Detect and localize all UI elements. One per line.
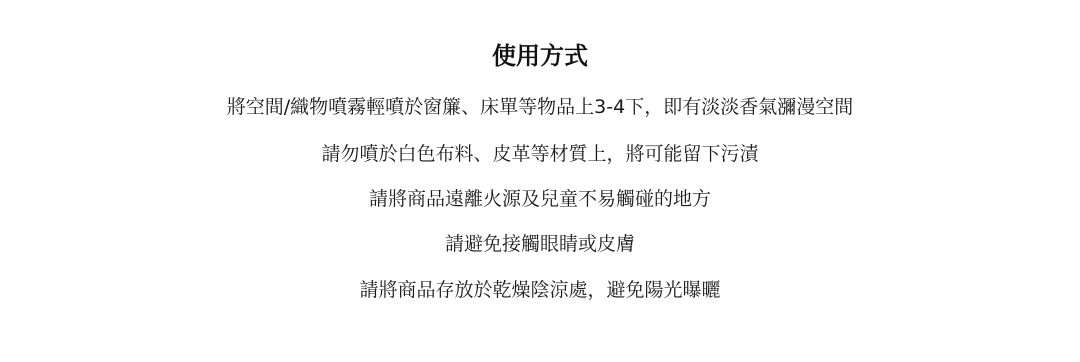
instruction-line: 請將商品存放於乾燥陰涼處，避免陽光曝曬 xyxy=(0,277,1080,303)
usage-instructions-section: 使用方式 將空間/織物噴霧輕噴於窗簾、床單等物品上3-4下，即有淡淡香氣瀰漫空間… xyxy=(0,0,1080,362)
instruction-line: 將空間/織物噴霧輕噴於窗簾、床單等物品上3-4下，即有淡淡香氣瀰漫空間 xyxy=(0,94,1080,120)
section-title: 使用方式 xyxy=(0,40,1080,72)
instruction-line: 請將商品遠離火源及兒童不易觸碰的地方 xyxy=(0,186,1080,212)
instruction-line: 請勿噴於白色布料、皮革等材質上，將可能留下污漬 xyxy=(0,141,1080,167)
instruction-line: 請避免接觸眼睛或皮膚 xyxy=(0,231,1080,257)
